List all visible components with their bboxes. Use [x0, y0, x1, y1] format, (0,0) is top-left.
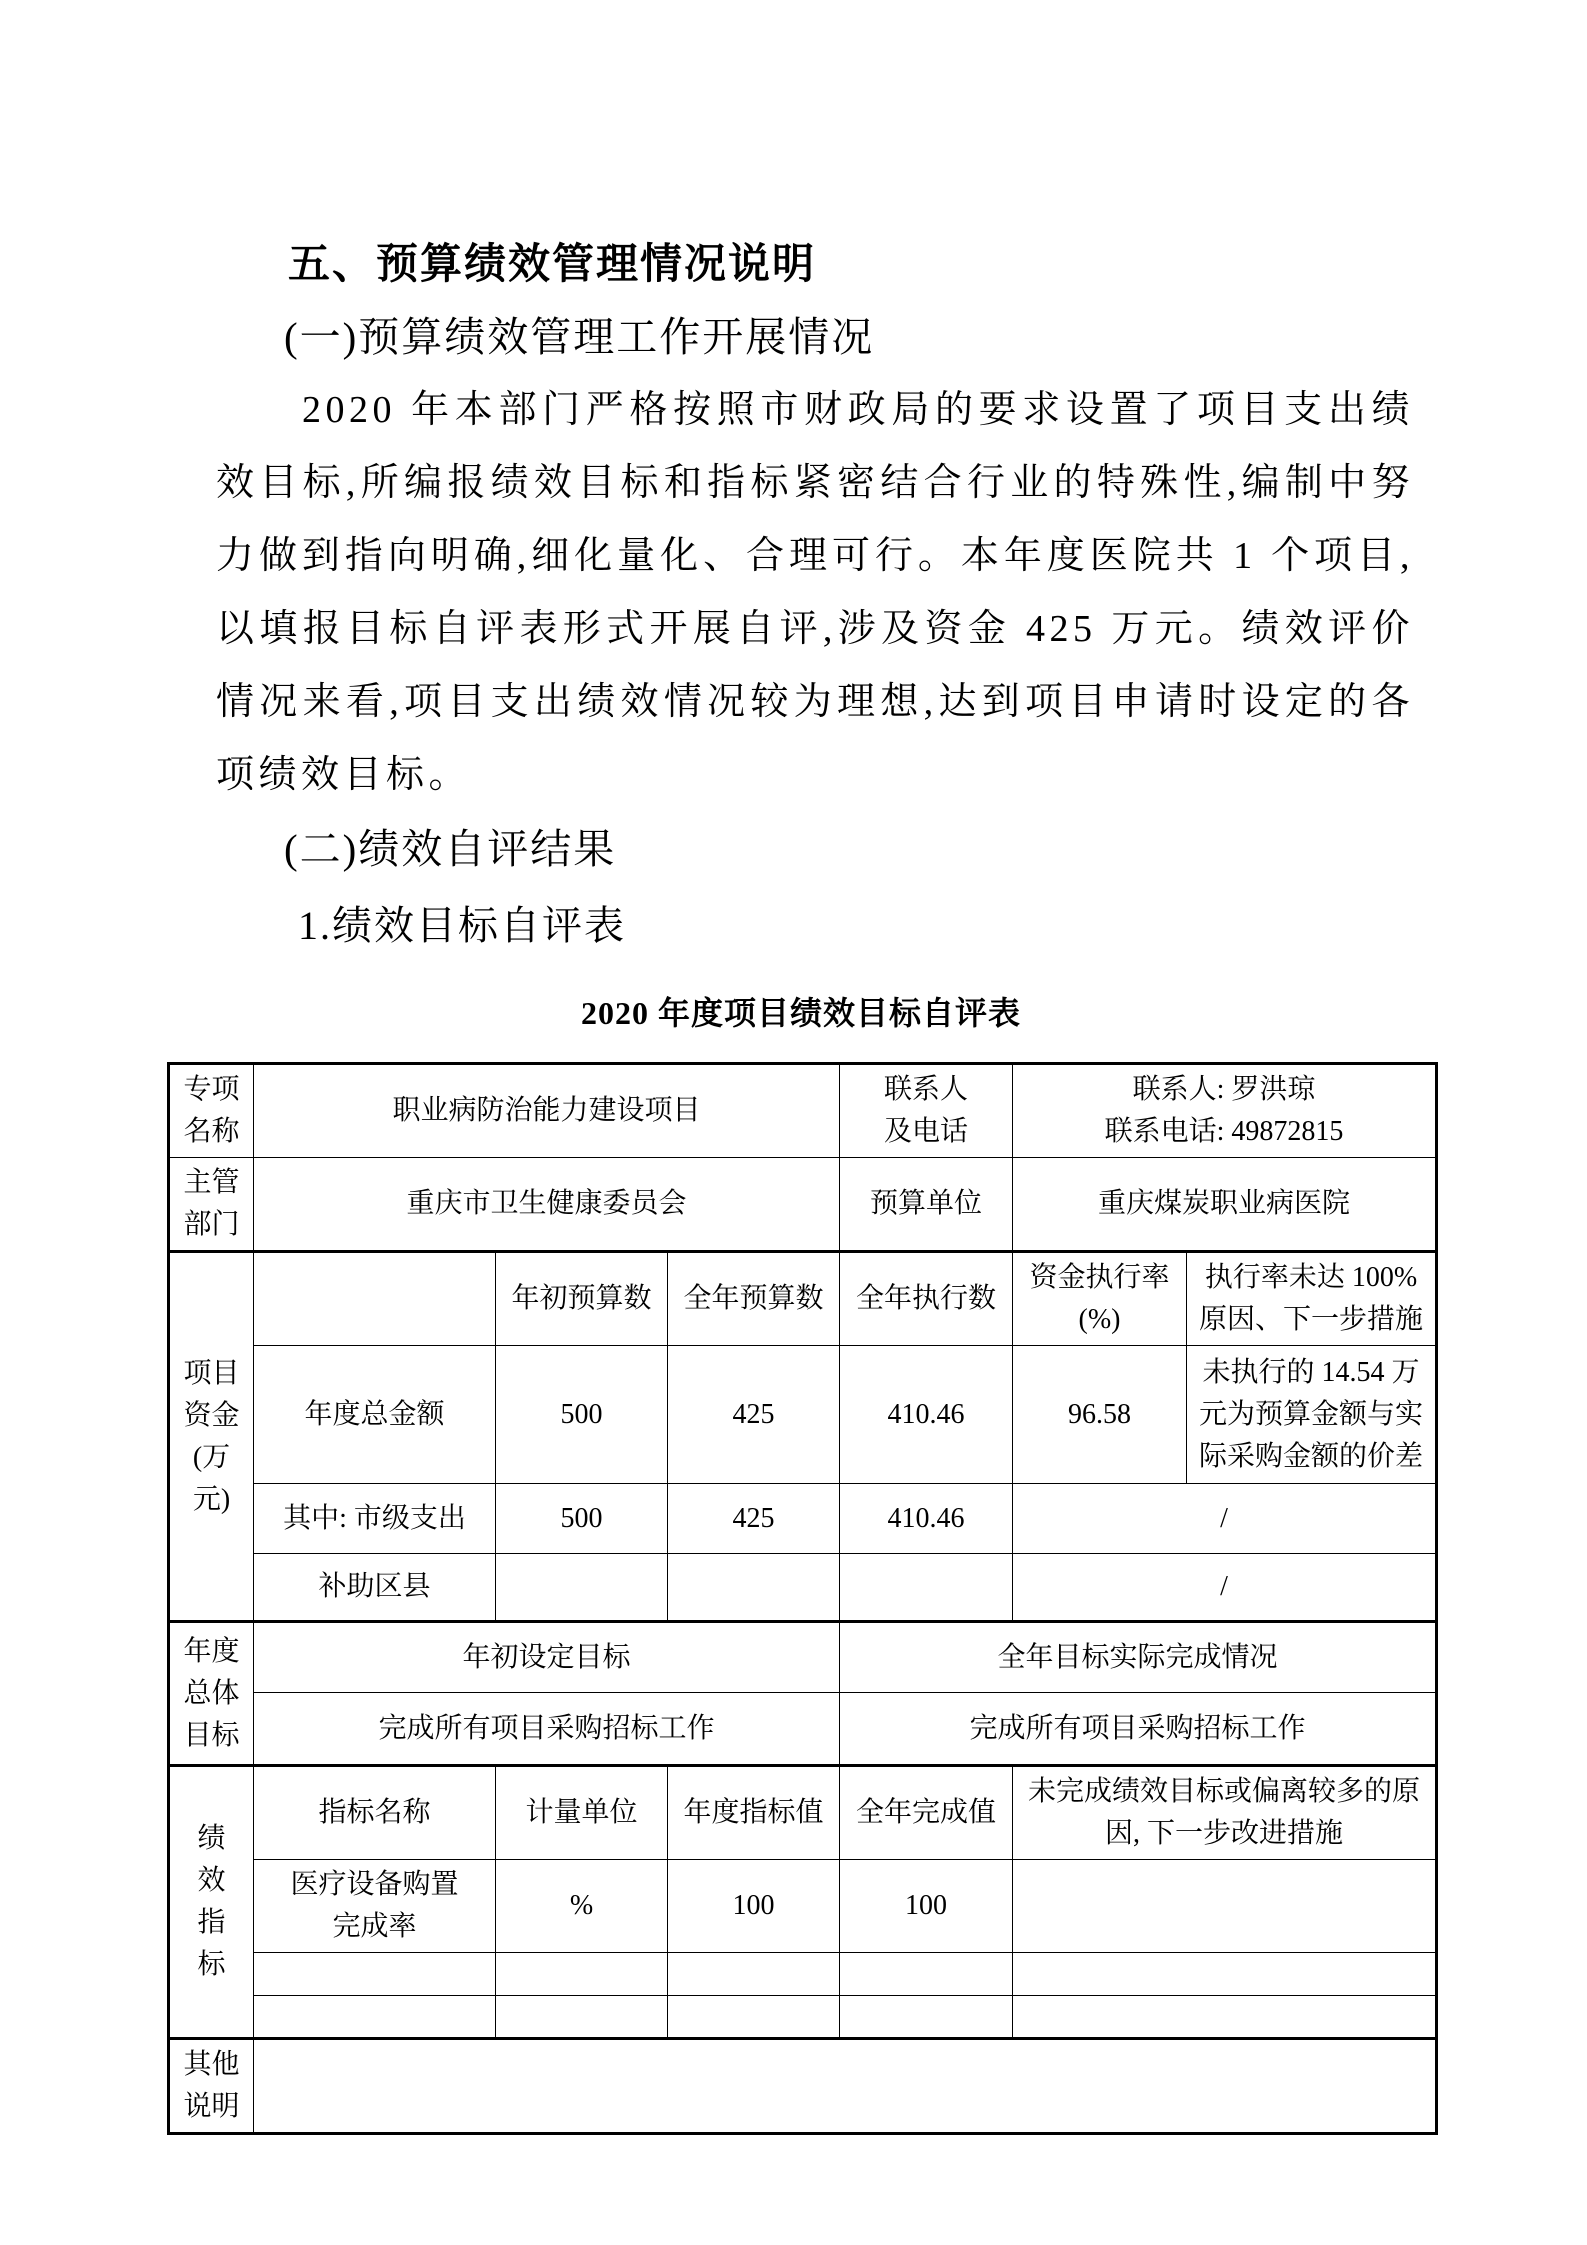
row-other-notes: 其他 说明: [169, 2039, 1437, 2134]
subsection-1-heading: (一)预算绩效管理工作开展情况: [284, 300, 1412, 374]
row-funds-header: 项目 资金 (万 元) 年初预算数 全年预算数 全年执行数 资金执行率 (%) …: [169, 1252, 1437, 1346]
funds-col-reason-header: 执行率未达 100%原因、下一步措施: [1187, 1252, 1437, 1346]
funds-city-slash: /: [1013, 1484, 1437, 1554]
funds-col-annual-header: 全年预算数: [668, 1252, 840, 1346]
indicator-2-done: [840, 1953, 1013, 1996]
indicator-2-name: [254, 1953, 496, 1996]
performance-self-eval-table: 专项 名称 职业病防治能力建设项目 联系人 及电话 联系人: 罗洪琼 联系电话:…: [167, 1062, 1438, 2135]
indicator-section-label: 绩 效 指 标: [169, 1766, 254, 2039]
funds-total-reason: 未执行的 14.54 万元为预算金额与实际采购金额的价差: [1187, 1346, 1437, 1484]
indicator-1-unit: %: [496, 1860, 668, 1953]
goal-set-value: 完成所有项目采购招标工作: [254, 1693, 840, 1766]
indicator-3-unit: [496, 1996, 668, 2039]
row-special-project: 专项 名称 职业病防治能力建设项目 联系人 及电话 联系人: 罗洪琼 联系电话:…: [169, 1064, 1437, 1158]
funds-city-label: 其中: 市级支出: [254, 1484, 496, 1554]
indicator-1-name: 医疗设备购置 完成率: [254, 1860, 496, 1953]
indicator-3-done: [840, 1996, 1013, 2039]
funds-county-slash: /: [1013, 1554, 1437, 1622]
goal-done-value: 完成所有项目采购招标工作: [840, 1693, 1437, 1766]
indicator-col-target-header: 年度指标值: [668, 1766, 840, 1860]
row-funds-city: 其中: 市级支出 500 425 410.46 /: [169, 1484, 1437, 1554]
budget-unit-label: 预算单位: [840, 1158, 1013, 1252]
goal-section-label: 年度 总体 目标: [169, 1622, 254, 1766]
indicator-col-name-header: 指标名称: [254, 1766, 496, 1860]
body-paragraph: 2020 年本部门严格按照市财政局的要求设置了项目支出绩效目标,所编报绩效目标和…: [216, 374, 1414, 812]
funds-blank-cell: [254, 1252, 496, 1346]
indicator-1-done: 100: [840, 1860, 1013, 1953]
row-indicator-2: [169, 1953, 1437, 1996]
table-title: 2020 年度项目绩效目标自评表: [167, 988, 1435, 1034]
funds-city-initial: 500: [496, 1484, 668, 1554]
list-1-heading: 1.绩效目标自评表: [298, 890, 1412, 962]
row-indicator-header: 绩 效 指 标 指标名称 计量单位 年度指标值 全年完成值 未完成绩效目标或偏离…: [169, 1766, 1437, 1860]
budget-unit-value: 重庆煤炭职业病医院: [1013, 1158, 1437, 1252]
funds-county-initial: [496, 1554, 668, 1622]
other-notes-label: 其他 说明: [169, 2039, 254, 2134]
indicator-3-name: [254, 1996, 496, 2039]
row-indicator-1: 医疗设备购置 完成率 % 100 100: [169, 1860, 1437, 1953]
funds-total-initial: 500: [496, 1346, 668, 1484]
funds-city-annual: 425: [668, 1484, 840, 1554]
section-heading: 五、预算绩效管理情况说明: [288, 228, 1412, 300]
row-funds-county: 补助区县 /: [169, 1554, 1437, 1622]
department-label: 主管 部门: [169, 1158, 254, 1252]
row-goal-header: 年度 总体 目标 年初设定目标 全年目标实际完成情况: [169, 1622, 1437, 1693]
document-page: 五、预算绩效管理情况说明 (一)预算绩效管理工作开展情况 2020 年本部门严格…: [0, 0, 1587, 2245]
department-value: 重庆市卫生健康委员会: [254, 1158, 840, 1252]
indicator-1-reason: [1013, 1860, 1437, 1953]
row-goal-values: 完成所有项目采购招标工作 完成所有项目采购招标工作: [169, 1693, 1437, 1766]
indicator-1-target: 100: [668, 1860, 840, 1953]
indicator-3-target: [668, 1996, 840, 2039]
goal-set-header: 年初设定目标: [254, 1622, 840, 1693]
subsection-2-heading: (二)绩效自评结果: [284, 812, 1412, 886]
indicator-col-reason-header: 未完成绩效目标或偏离较多的原因, 下一步改进措施: [1013, 1766, 1437, 1860]
indicator-2-unit: [496, 1953, 668, 1996]
funds-col-rate-header: 资金执行率 (%): [1013, 1252, 1187, 1346]
row-funds-total: 年度总金额 500 425 410.46 96.58 未执行的 14.54 万元…: [169, 1346, 1437, 1484]
goal-done-header: 全年目标实际完成情况: [840, 1622, 1437, 1693]
row-department: 主管 部门 重庆市卫生健康委员会 预算单位 重庆煤炭职业病医院: [169, 1158, 1437, 1252]
row-indicator-3: [169, 1996, 1437, 2039]
special-project-value: 职业病防治能力建设项目: [254, 1064, 840, 1158]
indicator-2-reason: [1013, 1953, 1437, 1996]
indicator-col-done-header: 全年完成值: [840, 1766, 1013, 1860]
funds-county-annual: [668, 1554, 840, 1622]
indicator-3-reason: [1013, 1996, 1437, 2039]
funds-total-annual: 425: [668, 1346, 840, 1484]
funds-col-initial-header: 年初预算数: [496, 1252, 668, 1346]
contact-label: 联系人 及电话: [840, 1064, 1013, 1158]
funds-county-label: 补助区县: [254, 1554, 496, 1622]
funds-city-executed: 410.46: [840, 1484, 1013, 1554]
funds-col-executed-header: 全年执行数: [840, 1252, 1013, 1346]
funds-county-executed: [840, 1554, 1013, 1622]
other-notes-value: [254, 2039, 1437, 2134]
indicator-2-target: [668, 1953, 840, 1996]
funds-total-executed: 410.46: [840, 1346, 1013, 1484]
funds-section-label: 项目 资金 (万 元): [169, 1252, 254, 1622]
special-project-label: 专项 名称: [169, 1064, 254, 1158]
indicator-col-unit-header: 计量单位: [496, 1766, 668, 1860]
contact-value: 联系人: 罗洪琼 联系电话: 49872815: [1013, 1064, 1437, 1158]
funds-total-label: 年度总金额: [254, 1346, 496, 1484]
funds-total-rate: 96.58: [1013, 1346, 1187, 1484]
